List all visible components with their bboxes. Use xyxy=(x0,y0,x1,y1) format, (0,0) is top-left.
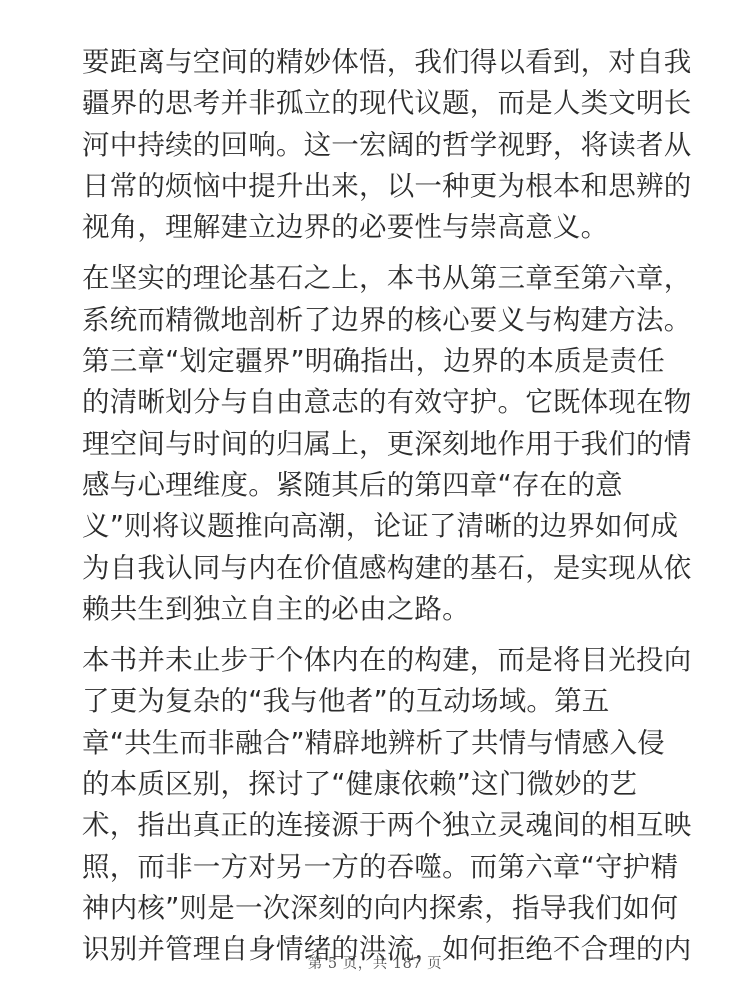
text-line: 要距离与空间的精妙体悟，我们得以看到，对自我 xyxy=(82,42,682,83)
page-number-indicator: 第 5 页，共 187 页 xyxy=(0,952,750,973)
paragraph-3: 本书并未止步于个体内在的构建，而是将目光投向 了更为复杂的“我与他者”的互动场域… xyxy=(82,640,682,970)
text-line: 赖共生到独立自主的必由之路。 xyxy=(82,589,682,630)
text-line: 神内核”则是一次深刻的向内探索，指导我们如何 xyxy=(82,888,682,929)
text-line: 为自我认同与内在价值感构建的基石，是实现从依 xyxy=(82,548,682,589)
text-line: 了更为复杂的“我与他者”的互动场域。第五 xyxy=(82,681,682,722)
text-line: 视角，理解建立边界的必要性与崇高意义。 xyxy=(82,207,682,248)
body-text: 要距离与空间的精妙体悟，我们得以看到，对自我 疆界的思考并非孤立的现代议题，而是… xyxy=(82,42,682,981)
text-line: 疆界的思考并非孤立的现代议题，而是人类文明长 xyxy=(82,83,682,124)
text-line: 本书并未止步于个体内在的构建，而是将目光投向 xyxy=(82,640,682,681)
text-line: 的清晰划分与自由意志的有效守护。它既体现在物 xyxy=(82,382,682,423)
text-line: 系统而精微地剖析了边界的核心要义与构建方法。 xyxy=(82,300,682,341)
document-page: 要距离与空间的精妙体悟，我们得以看到，对自我 疆界的思考并非孤立的现代议题，而是… xyxy=(0,0,750,1000)
text-line: 章“共生而非融合”精辟地辨析了共情与情感入侵 xyxy=(82,723,682,764)
text-line: 感与心理维度。紧随其后的第四章“存在的意 xyxy=(82,465,682,506)
text-line: 河中持续的回响。这一宏阔的哲学视野，将读者从 xyxy=(82,125,682,166)
text-line: 术，指出真正的连接源于两个独立灵魂间的相互映 xyxy=(82,805,682,846)
text-line: 日常的烦恼中提升出来，以一种更为根本和思辨的 xyxy=(82,166,682,207)
text-line: 照，而非一方对另一方的吞噬。而第六章“守护精 xyxy=(82,847,682,888)
text-line: 理空间与时间的归属上，更深刻地作用于我们的情 xyxy=(82,424,682,465)
paragraph-1: 要距离与空间的精妙体悟，我们得以看到，对自我 疆界的思考并非孤立的现代议题，而是… xyxy=(82,42,682,248)
text-line: 第三章“划定疆界”明确指出，边界的本质是责任 xyxy=(82,341,682,382)
text-line: 在坚实的理论基石之上，本书从第三章至第六章， xyxy=(82,258,682,299)
text-line: 义”则将议题推向高潮，论证了清晰的边界如何成 xyxy=(82,506,682,547)
paragraph-2: 在坚实的理论基石之上，本书从第三章至第六章， 系统而精微地剖析了边界的核心要义与… xyxy=(82,258,682,630)
text-line: 的本质区别，探讨了“健康依赖”这门微妙的艺 xyxy=(82,764,682,805)
